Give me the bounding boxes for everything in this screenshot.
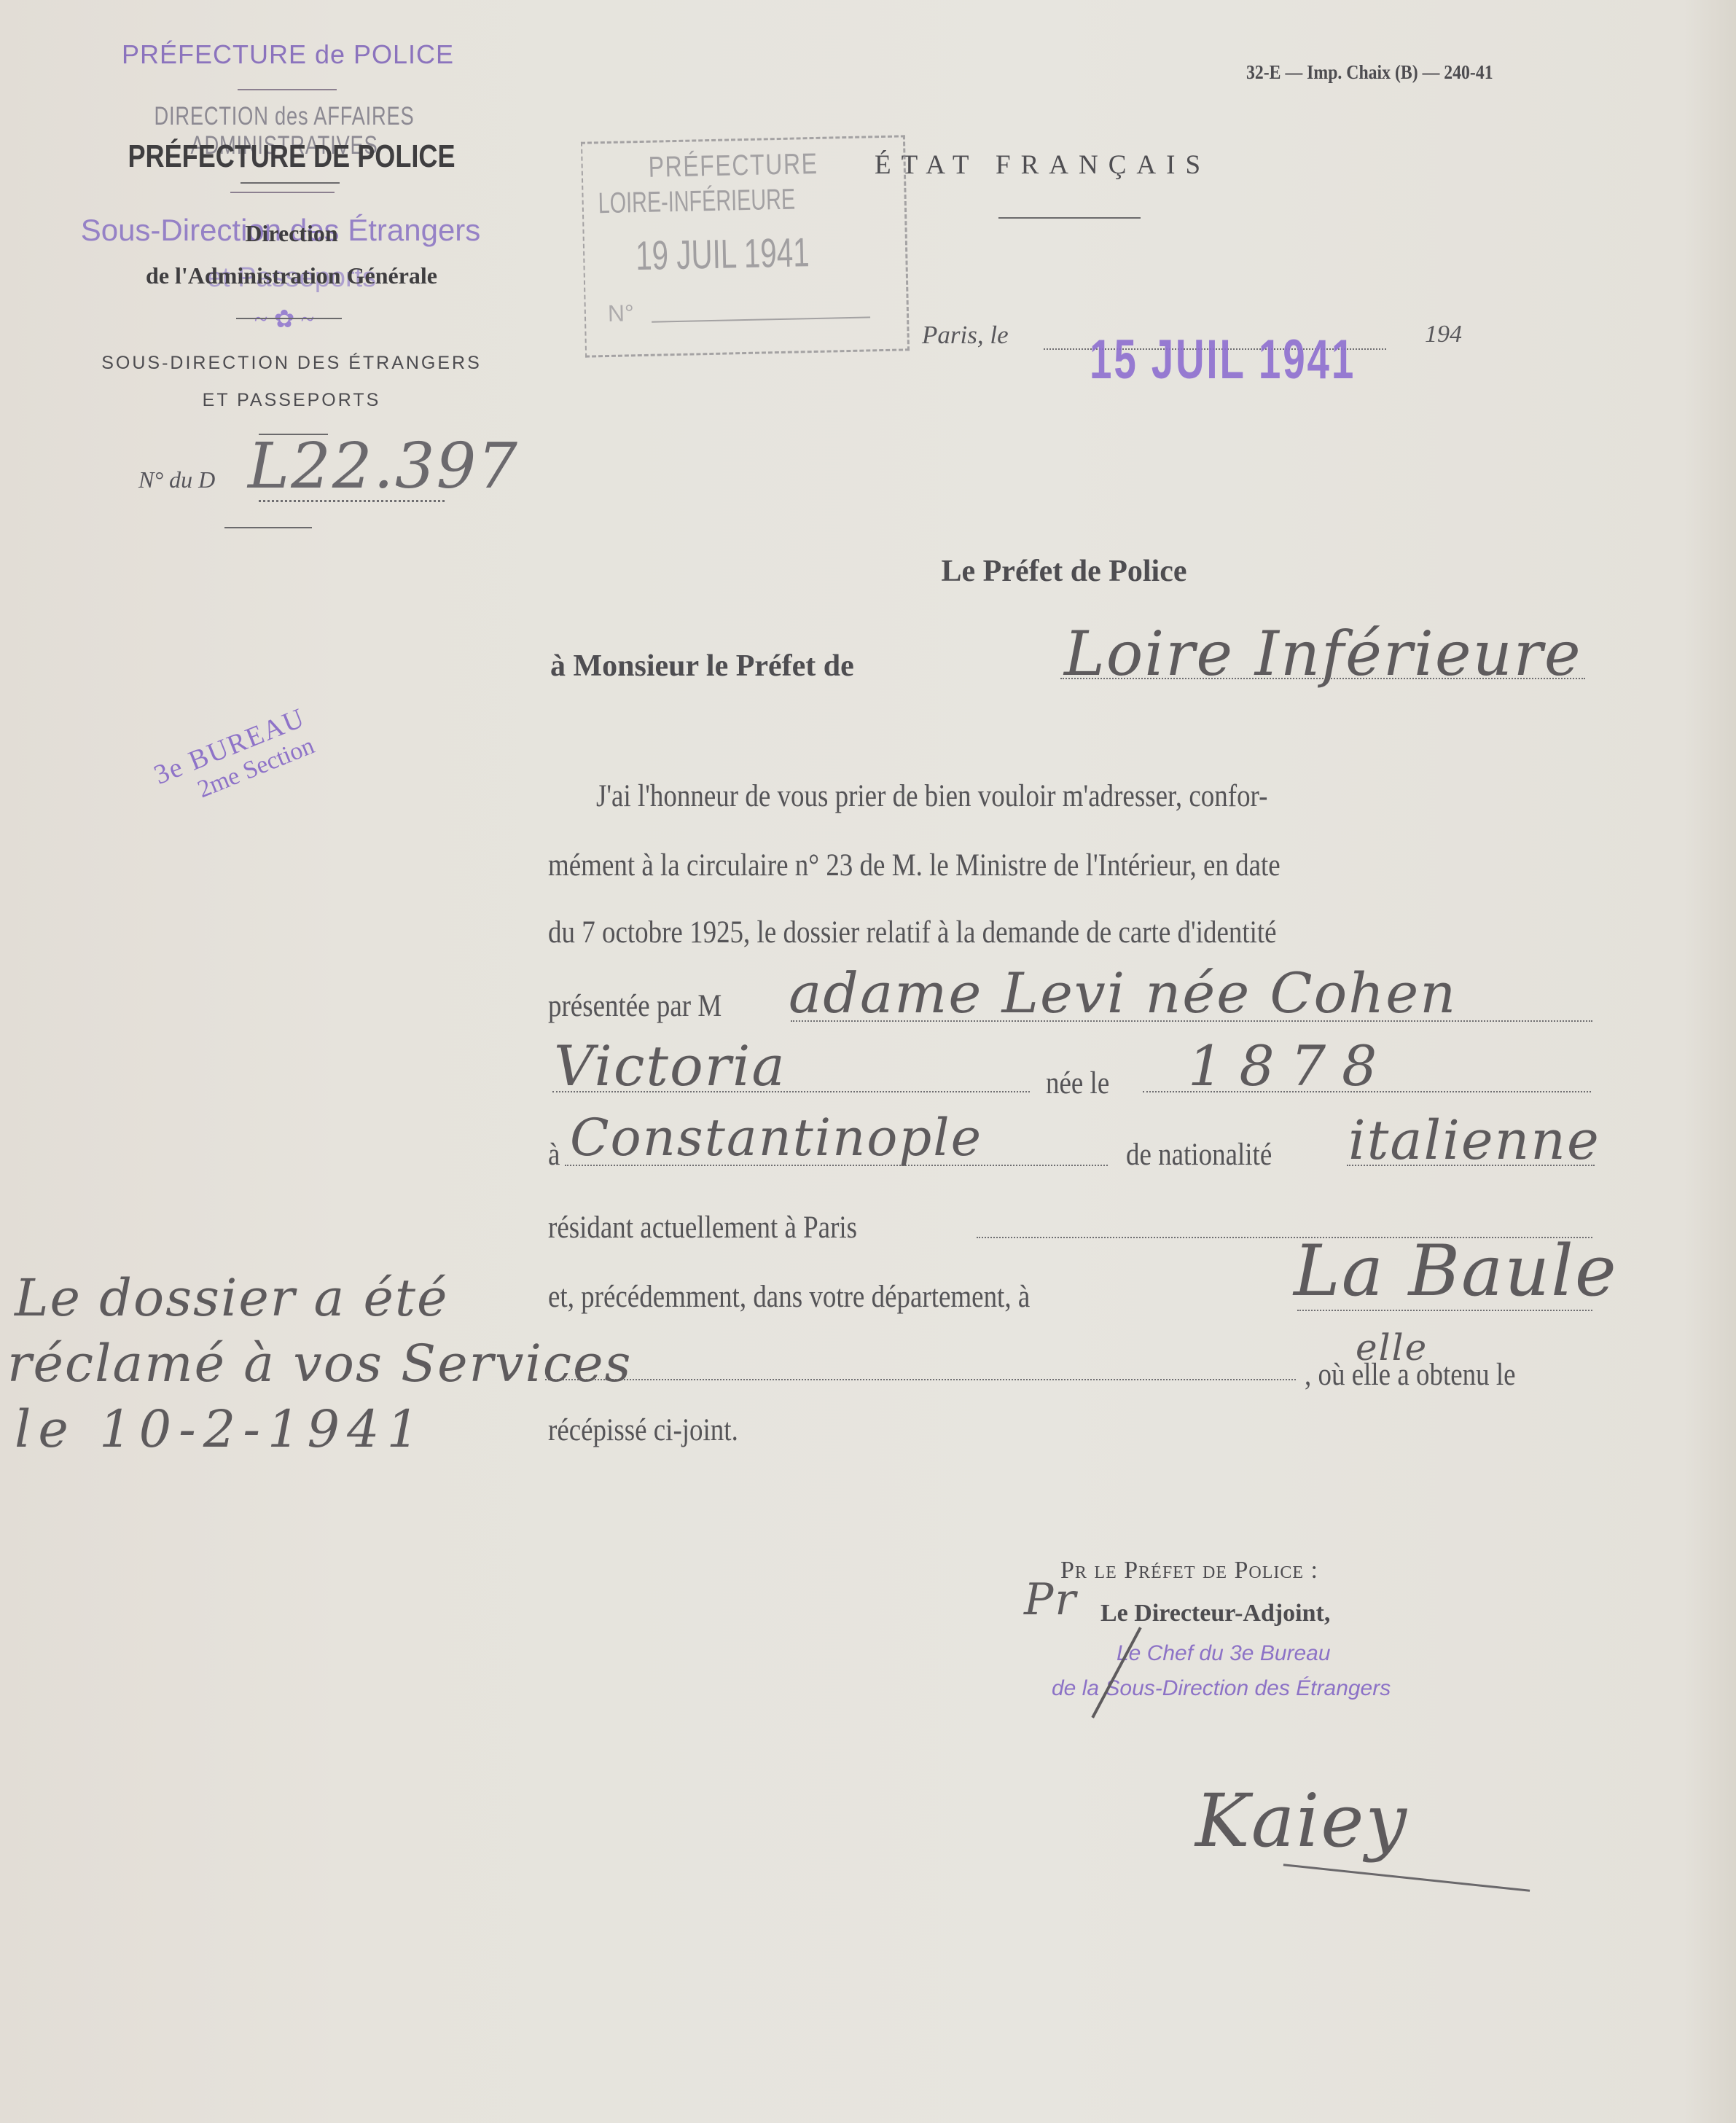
signature-underline [1283,1864,1530,1892]
divider [224,527,312,528]
date-year-suffix: 194 [1425,321,1462,348]
handwritten-pr: Pr [1024,1574,1077,1625]
printed-sous-direction: SOUS-DIRECTION DES ÉTRANGERS [73,353,510,374]
born-label: née le [1046,1066,1109,1101]
received-stamp-line1: PRÉFECTURE [648,148,818,184]
recipient-handwritten: Loire Inférieure [1064,618,1582,689]
sender-title: Le Préfet de Police [773,554,1356,589]
obtained-line [545,1379,1296,1380]
deputy-director-label: Le Directeur-Adjoint, [1100,1600,1330,1627]
body-line-3: du 7 octobre 1925, le dossier relatif à … [548,915,1450,950]
presented-handwritten: adame Levi née Cohen [789,961,1457,1025]
born-handwritten: 1878 [1188,1033,1393,1098]
dossier-number: L22.397 [248,430,519,503]
for-prefect-label: Pr le Préfet de Police : [1060,1557,1318,1584]
divider [238,89,337,90]
date-label: Paris, le [922,321,1009,350]
divider [998,217,1141,219]
ornament-icon: ~ ✿ ~ [219,305,350,334]
nationality-handwritten: italienne [1348,1109,1600,1172]
received-stamp: PRÉFECTURE LOIRE-INFÉRIEURE 19 JUIL 1941… [581,135,910,357]
bureau-stamp: 3e BUREAU 2me Section [149,702,320,817]
body-line-2: mément à la circulaire n° 23 de M. le Mi… [548,848,1450,883]
recipient-label: à Monsieur le Préfet de [550,649,854,684]
firstname-handwritten: Victoria [554,1033,786,1098]
received-stamp-date: 19 JUIL 1941 [636,228,810,279]
divider [230,192,335,193]
margin-note-line2: réclamé à vos Services [7,1334,632,1393]
printer-reference: 32-E — Imp. Chaix (B) — 240-41 [1246,61,1493,84]
enclosed-label: récépissé ci-joint. [548,1412,1450,1448]
printed-prefecture-title: PRÉFECTURE DE POLICE [88,138,495,175]
divider [241,182,340,184]
prefecture-stamp: PRÉFECTURE de POLICE [66,39,510,70]
body-line-1: J'ai l'honneur de vous prier de bien vou… [596,778,1498,814]
received-stamp-no: N° [608,300,635,327]
dossier-label: N° du D [138,466,215,493]
obtained-handwritten: elle [1356,1326,1428,1369]
nationality-label: de nationalité [1126,1137,1272,1173]
birthplace-label: à [548,1137,560,1173]
printed-direction: Direction [146,220,437,247]
margin-note-line1: Le dossier a été [15,1268,448,1328]
date-stamp: 15 JUIL 1941 [1090,328,1356,391]
signature: Kaiey [1195,1778,1408,1864]
chief-stamp: Le Chef du 3e Bureau [1117,1641,1331,1666]
previous-place-handwritten: La Baule [1294,1230,1618,1312]
received-stamp-no-line [652,316,870,322]
state-title: ÉTAT FRANÇAIS [875,149,1211,181]
printed-passeports: ET PASSEPORTS [73,390,510,411]
margin-note-line3: le 10-2-1941 [15,1399,426,1459]
birthplace-handwritten: Constantinople [570,1108,982,1168]
divider [236,318,342,319]
received-stamp-line2: LOIRE-INFÉRIEURE [598,184,795,221]
printed-administration: de l'Administration Générale [80,262,503,289]
